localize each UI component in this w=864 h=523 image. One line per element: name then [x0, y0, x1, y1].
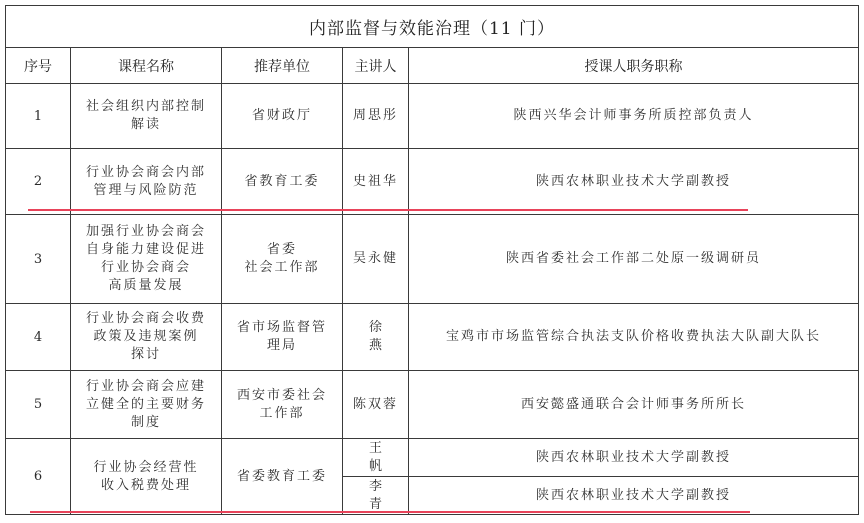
red-underline-row-2 — [28, 209, 748, 211]
row-lecturer: 史祖华 — [343, 149, 409, 215]
table-row: 1 社会组织内部控制 解读 省财政厅 周思彤 陕西兴华会计师事务所质控部负责人 — [6, 84, 859, 149]
row-no: 4 — [6, 304, 71, 371]
row-title: 陕西农林职业技术大学副教授 — [409, 477, 859, 515]
row-lecturer: 徐燕 — [343, 304, 409, 371]
row-unit: 省财政厅 — [222, 84, 343, 149]
header-title: 授课人职务职称 — [409, 48, 859, 84]
table-title: 内部监督与效能治理（11 门） — [6, 6, 859, 48]
row-lecturer: 李青 — [343, 477, 409, 515]
row-lecturer: 王帆 — [343, 439, 409, 477]
table-row: 2 行业协会商会内部 管理与风险防范 省教育工委 史祖华 陕西农林职业技术大学副… — [6, 149, 859, 215]
row-unit: 省委教育工委 — [222, 439, 343, 515]
table-row: 5 行业协会商会应建 立健全的主要财务 制度 西安市委社会 工作部 陈双蓉 西安… — [6, 371, 859, 439]
row-course: 行业协会经营性 收入税费处理 — [71, 439, 222, 515]
table-row: 6 行业协会经营性 收入税费处理 省委教育工委 王帆 陕西农林职业技术大学副教授 — [6, 439, 859, 477]
row-unit: 省教育工委 — [222, 149, 343, 215]
header-course: 课程名称 — [71, 48, 222, 84]
row-title: 陕西农林职业技术大学副教授 — [409, 149, 859, 215]
row-unit: 省委 社会工作部 — [222, 215, 343, 304]
red-underline-row-6 — [30, 511, 750, 513]
table-row: 3 加强行业协会商会 自身能力建设促进 行业协会商会 高质量发展 省委 社会工作… — [6, 215, 859, 304]
row-title: 宝鸡市市场监管综合执法支队价格收费执法大队副大队长 — [409, 304, 859, 371]
row-course: 行业协会商会收费 政策及违规案例 探讨 — [71, 304, 222, 371]
row-lecturer: 陈双蓉 — [343, 371, 409, 439]
row-title: 陕西农林职业技术大学副教授 — [409, 439, 859, 477]
row-no: 6 — [6, 439, 71, 515]
row-lecturer: 吴永健 — [343, 215, 409, 304]
row-no: 2 — [6, 149, 71, 215]
row-title: 西安懿盛通联合会计师事务所所长 — [409, 371, 859, 439]
header-unit: 推荐单位 — [222, 48, 343, 84]
table-row: 4 行业协会商会收费 政策及违规案例 探讨 省市场监督管 理局 徐燕 宝鸡市市场… — [6, 304, 859, 371]
header-row: 序号 课程名称 推荐单位 主讲人 授课人职务职称 — [6, 48, 859, 84]
row-course: 行业协会商会内部 管理与风险防范 — [71, 149, 222, 215]
header-no: 序号 — [6, 48, 71, 84]
course-table: 内部监督与效能治理（11 门） 序号 课程名称 推荐单位 主讲人 授课人职务职称… — [5, 5, 859, 515]
row-lecturer: 周思彤 — [343, 84, 409, 149]
row-course: 行业协会商会应建 立健全的主要财务 制度 — [71, 371, 222, 439]
row-course: 加强行业协会商会 自身能力建设促进 行业协会商会 高质量发展 — [71, 215, 222, 304]
row-no: 5 — [6, 371, 71, 439]
row-course: 社会组织内部控制 解读 — [71, 84, 222, 149]
row-unit: 省市场监督管 理局 — [222, 304, 343, 371]
row-no: 1 — [6, 84, 71, 149]
row-no: 3 — [6, 215, 71, 304]
header-lecturer: 主讲人 — [343, 48, 409, 84]
row-title: 陕西兴华会计师事务所质控部负责人 — [409, 84, 859, 149]
row-unit: 西安市委社会 工作部 — [222, 371, 343, 439]
row-title: 陕西省委社会工作部二处原一级调研员 — [409, 215, 859, 304]
